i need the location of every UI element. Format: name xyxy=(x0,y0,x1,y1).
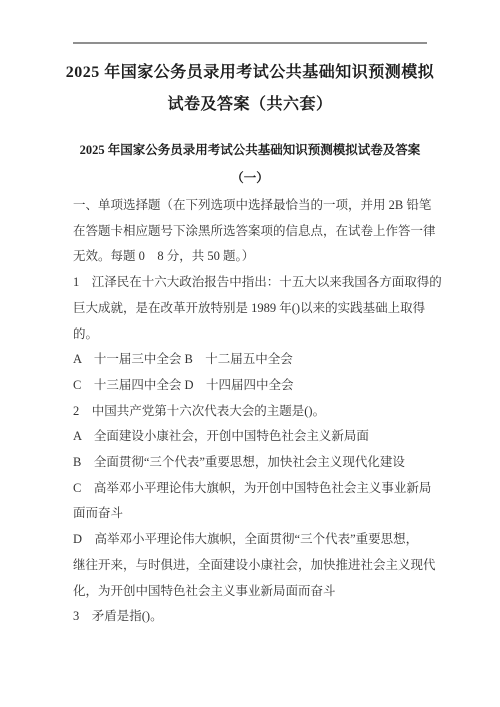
paper-heading: 2025 年国家公务员录用考试公共基础知识预测模拟试卷及答案 （一） xyxy=(36,136,464,192)
document-body: 一、单项选择题（在下列选项中选择最恰当的一项，并用 2B 铅笔 在答题卡相应题号… xyxy=(73,193,460,630)
question-2-option-b: B 全面贯彻“三个代表”重要思想，加快社会主义现代化建设 xyxy=(73,450,460,476)
document-title: 2025 年国家公务员录用考试公共基础知识预测模拟 试卷及答案（共六套） xyxy=(30,57,470,121)
question-2-option-d-line-2: 继往开来，与时俱进，全面建设小康社会，加快推进社会主义现代 xyxy=(73,553,460,579)
question-3-text: 3 矛盾是指()。 xyxy=(73,604,460,630)
question-1-text-line-1: 1 江泽民在十六大政治报告中指出：十五大以来我国各方面取得的 xyxy=(73,270,460,296)
question-2-option-a: A 全面建设小康社会，开创中国特色社会主义新局面 xyxy=(73,424,460,450)
question-2-option-c-line-1: C 高举邓小平理论伟大旗帜，为开创中国特色社会主义事业新局 xyxy=(73,476,460,502)
question-2-option-c-line-2: 面而奋斗 xyxy=(73,501,460,527)
document-title-line-2: 试卷及答案（共六套） xyxy=(30,89,470,121)
document-page: 2025 年国家公务员录用考试公共基础知识预测模拟 试卷及答案（共六套） 202… xyxy=(0,0,500,707)
instructions-line-3: 无效。每题 0 8 分，共 50 题。） xyxy=(73,244,460,270)
instructions-line-1: 一、单项选择题（在下列选项中选择最恰当的一项，并用 2B 铅笔 xyxy=(73,193,460,219)
paper-heading-line-1: 2025 年国家公务员录用考试公共基础知识预测模拟试卷及答案 xyxy=(36,136,464,164)
question-2-option-d-line-3: 化，为开创中国特色社会主义事业新局面而奋斗 xyxy=(73,579,460,605)
question-1-text-line-3: 的。 xyxy=(73,322,460,348)
paper-heading-line-2: （一） xyxy=(36,164,464,192)
question-2-text: 2 中国共产党第十六次代表大会的主题是()。 xyxy=(73,399,460,425)
question-2-option-d-line-1: D 高举邓小平理论伟大旗帜，全面贯彻“三个代表”重要思想， xyxy=(73,527,460,553)
header-divider-line xyxy=(73,42,427,44)
question-1-text-line-2: 巨大成就，是在改革开放特别是 1989 年()以来的实践基础上取得 xyxy=(73,296,460,322)
instructions-line-2: 在答题卡相应题号下涂黑所选答案项的信息点，在试卷上作答一律 xyxy=(73,219,460,245)
question-1-options-ab: A 十一届三中全会 B 十二届五中全会 xyxy=(73,347,460,373)
question-1-options-cd: C 十三届四中全会 D 十四届四中全会 xyxy=(73,373,460,399)
document-title-line-1: 2025 年国家公务员录用考试公共基础知识预测模拟 xyxy=(30,57,470,89)
